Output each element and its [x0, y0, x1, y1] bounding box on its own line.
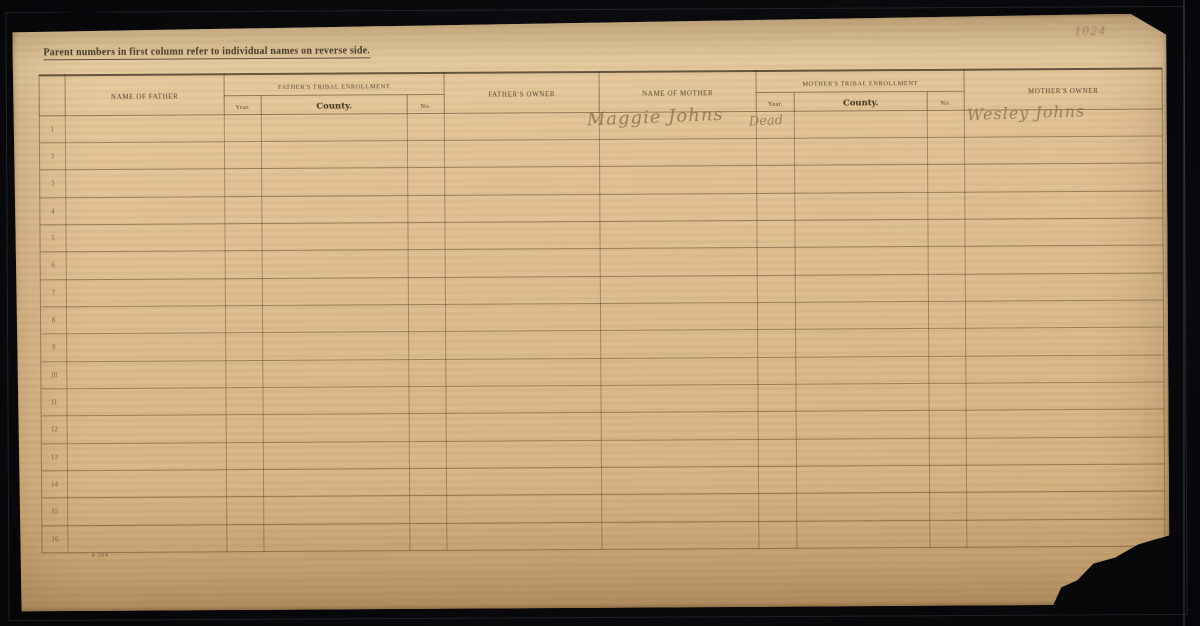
table-cell: [407, 113, 444, 141]
table-cell: [67, 360, 226, 388]
table-cell: [967, 464, 1165, 493]
row-number-cell: 14: [41, 471, 67, 499]
handwritten-mother-owner: Wesley Johns: [967, 101, 1086, 124]
table-cell: [226, 387, 263, 415]
table-cell: [965, 273, 1163, 302]
table-cell: [758, 412, 796, 440]
table-cell: [447, 522, 602, 550]
table-cell: [928, 219, 965, 247]
table-cell: [928, 164, 965, 192]
table-cell: [929, 410, 966, 438]
subcol-no-cell: No.: [407, 94, 444, 113]
table-cell: [928, 192, 965, 220]
table-cell: [262, 305, 408, 333]
col-mothers-tribal-enrollment-cell: MOTHER'S TRIBAL ENROLLMENT: [756, 70, 964, 92]
row-number-cell: 8: [40, 307, 66, 335]
table-cell: [795, 274, 928, 302]
row-number-cell: 9: [41, 334, 67, 362]
table-cell: [227, 497, 264, 525]
table-cell: [795, 301, 928, 329]
instruction-text: Parent numbers in first column refer to …: [43, 45, 370, 60]
table-cell: [66, 169, 225, 197]
table-cell: [224, 114, 261, 142]
table-cell: [966, 355, 1164, 384]
table-cell: [758, 466, 796, 494]
table-cell: [66, 306, 225, 334]
table-cell: [263, 441, 409, 469]
col-mothers-tribal-enrollment: MOTHER'S TRIBAL ENROLLMENT: [802, 80, 918, 88]
table-cell: [226, 360, 263, 388]
table-cell: [409, 468, 446, 496]
table-cell: [446, 467, 601, 495]
table-cell: [65, 114, 224, 142]
table-cell: [758, 384, 796, 412]
table-cell: [67, 388, 226, 416]
col-fathers-owner-cell: FATHER'S OWNER: [444, 72, 599, 113]
table-cell: [929, 383, 966, 411]
table-cell: [224, 141, 261, 169]
table-cell: [445, 303, 600, 331]
table-cell: [928, 274, 965, 302]
table-cell: [261, 140, 407, 168]
subcol-year-cell: Year.: [756, 92, 794, 111]
table-cell: [600, 302, 757, 330]
table-cell: [757, 275, 795, 303]
table-cell: [601, 357, 758, 385]
table-cell: [445, 276, 600, 304]
table-cell: [67, 442, 226, 470]
subcol-no: No.: [420, 102, 431, 109]
table-cell: [409, 441, 446, 469]
table-cell: [794, 137, 927, 165]
table-cell: [445, 167, 600, 195]
table-cell: [447, 495, 602, 523]
table-cell: [409, 359, 446, 387]
table-cell: [226, 333, 263, 361]
table-cell: [410, 523, 447, 551]
table-cell: [408, 195, 445, 223]
table-cell: [930, 493, 967, 521]
table-cell: [927, 137, 964, 165]
table-cell: [262, 195, 408, 223]
table-cell: [225, 305, 262, 333]
table-cell: [758, 357, 796, 385]
table-cell: [225, 278, 262, 306]
table-cell: [929, 465, 966, 493]
col-fathers-tribal-enrollment-cell: FATHER'S TRIBAL ENROLLMENT: [224, 73, 444, 95]
table-cell: [225, 251, 262, 279]
table-cell: [263, 414, 409, 442]
card-number: 1024: [1074, 23, 1160, 40]
table-cell: [600, 248, 757, 276]
table-cell: [929, 328, 966, 356]
table-cell: [967, 491, 1165, 520]
table-cell: [408, 222, 445, 250]
row-number-cell: 6: [40, 252, 66, 280]
row-number-cell: 16: [42, 525, 68, 553]
table-cell: [965, 191, 1163, 220]
subcol-no-cell: No.: [927, 91, 964, 110]
table-cell: [795, 247, 928, 275]
table-cell: [227, 524, 264, 552]
table-cell: [263, 469, 409, 497]
table-cell: [67, 333, 226, 361]
col-name-of-father: NAME OF FATHER: [111, 93, 178, 101]
table-cell: [966, 327, 1164, 356]
subcol-year: Year.: [768, 100, 783, 107]
table-cell: [599, 138, 756, 166]
table-cell: [264, 523, 410, 551]
table-cell: [409, 386, 446, 414]
table-cell: [600, 166, 757, 194]
table-cell: [928, 246, 965, 274]
table-cell: [928, 301, 965, 329]
table-cell: [600, 220, 757, 248]
col-name-of-father-cell: NAME OF FATHER: [65, 74, 224, 115]
table-cell: [759, 521, 797, 549]
table-cell: [68, 524, 227, 552]
table-cell: [797, 520, 930, 548]
table-cell: [226, 469, 263, 497]
table-cell: [965, 300, 1163, 329]
table-cell: [225, 196, 262, 224]
table-cell: [967, 519, 1165, 548]
table-cell: [796, 329, 929, 357]
table-cell: [409, 414, 446, 442]
table-cell: [966, 437, 1164, 466]
table-cell: [758, 439, 796, 467]
sleeve-edge-line: [1183, 0, 1185, 626]
table-cell: [408, 250, 445, 278]
table-cell: [408, 304, 445, 332]
subcol-year: Year.: [235, 104, 250, 111]
table-cell: [66, 278, 225, 306]
table-cell: [262, 168, 408, 196]
table-cell: [600, 275, 757, 303]
table-cell: [65, 142, 224, 170]
table-cell: [445, 194, 600, 222]
table-cell: [965, 163, 1163, 192]
table-cell: [795, 219, 928, 247]
table-cell: [66, 224, 225, 252]
row-number-cell: 11: [41, 389, 67, 417]
table-cell: [929, 356, 966, 384]
table-cell: [262, 250, 408, 278]
subcol-county-cell: County.: [794, 91, 927, 111]
table-cell: [263, 359, 409, 387]
row-number-cell: 10: [41, 361, 67, 389]
table-cell: [445, 249, 600, 277]
table-cell: [601, 466, 758, 494]
record-table: NAME OF FATHERFATHER'S TRIBAL ENROLLMENT…: [39, 68, 1166, 554]
row-number-cell: 3: [40, 170, 66, 198]
table-cell: [757, 302, 795, 330]
table-cell: [794, 110, 927, 138]
table-cell: [797, 493, 930, 521]
table-cell: [444, 112, 599, 140]
table-cell: [758, 330, 796, 358]
row-number-cell: 5: [40, 225, 66, 253]
subcol-no: No.: [941, 99, 952, 106]
table-cell: [796, 356, 929, 384]
table-cell: [226, 442, 263, 470]
table-cell: [796, 438, 929, 466]
table-cell: [757, 247, 795, 275]
table-cell: [966, 382, 1164, 411]
table-cell: [446, 358, 601, 386]
form-number: 4-264: [91, 553, 108, 559]
table-cell: [756, 138, 794, 166]
table-cell: [410, 496, 447, 524]
table-cell: [757, 220, 795, 248]
photo-background: Parent numbers in first column refer to …: [0, 0, 1200, 626]
col-fathers-tribal-enrollment: FATHER'S TRIBAL ENROLLMENT: [278, 83, 390, 91]
table-cell: [795, 192, 928, 220]
row-number-cell: 1: [39, 115, 65, 143]
table-cell: [262, 277, 408, 305]
subcol-county: County.: [316, 101, 352, 111]
enrollment-card: Parent numbers in first column refer to …: [12, 13, 1170, 611]
table-cell: [446, 413, 601, 441]
table-cell: [964, 136, 1162, 165]
table-cell: [601, 439, 758, 467]
table-cell: [225, 169, 262, 197]
row-number-cell: 15: [42, 498, 68, 526]
subcol-county-cell: County.: [261, 94, 407, 114]
table-cell: [263, 387, 409, 415]
table-cell: [446, 440, 601, 468]
table-cell: [927, 110, 964, 138]
table-cell: [796, 411, 929, 439]
table-cell: [407, 140, 444, 168]
table-cell: [67, 470, 226, 498]
table-cell: [68, 497, 227, 525]
table-cell: [409, 332, 446, 360]
table-cell: [444, 139, 599, 167]
row-number-cell: 4: [40, 197, 66, 225]
table-cell: [602, 521, 759, 549]
table-cell: [601, 384, 758, 412]
table-cell: [446, 331, 601, 359]
table-cell: [796, 465, 929, 493]
col-fathers-owner: FATHER'S OWNER: [488, 90, 555, 98]
table-cell: [225, 223, 262, 251]
table-cell: [446, 385, 601, 413]
table-cell: [264, 496, 410, 524]
row-number-cell: 13: [41, 443, 67, 471]
table-cell: [445, 221, 600, 249]
table-cell: [795, 165, 928, 193]
table-cell: [965, 218, 1163, 247]
subcol-year-cell: Year.: [224, 95, 261, 114]
col-name-of-mother: NAME OF MOTHER: [642, 89, 713, 97]
table-row: 16: [42, 519, 1165, 553]
row-number-cell: 12: [41, 416, 67, 444]
table-cell: [601, 330, 758, 358]
table-cell: [67, 415, 226, 443]
table-cell: [602, 494, 759, 522]
table-cell: [757, 193, 795, 221]
table-cell: [757, 165, 795, 193]
handwritten-dead-note: Dead: [749, 113, 784, 129]
table-cell: [759, 494, 797, 522]
table-cell: [66, 196, 225, 224]
table-cell: [262, 222, 408, 250]
table-cell: [408, 277, 445, 305]
row-number-cell: 2: [39, 143, 65, 171]
table-cell: [408, 168, 445, 196]
table-cell: [965, 245, 1163, 274]
table-cell: [796, 383, 929, 411]
table-cell: [261, 113, 407, 141]
table-cell: [966, 409, 1164, 438]
table-cell: [601, 412, 758, 440]
row-number-cell: 7: [40, 279, 66, 307]
table-cell: [226, 415, 263, 443]
table-cell: [66, 251, 225, 279]
table-cell: [263, 332, 409, 360]
col-row-number-cell: [39, 75, 65, 115]
col-mothers-owner: MOTHER'S OWNER: [1028, 87, 1099, 95]
subcol-county: County.: [843, 98, 879, 108]
table-cell: [930, 520, 967, 548]
table-cell: [929, 438, 966, 466]
table-cell: [600, 193, 757, 221]
